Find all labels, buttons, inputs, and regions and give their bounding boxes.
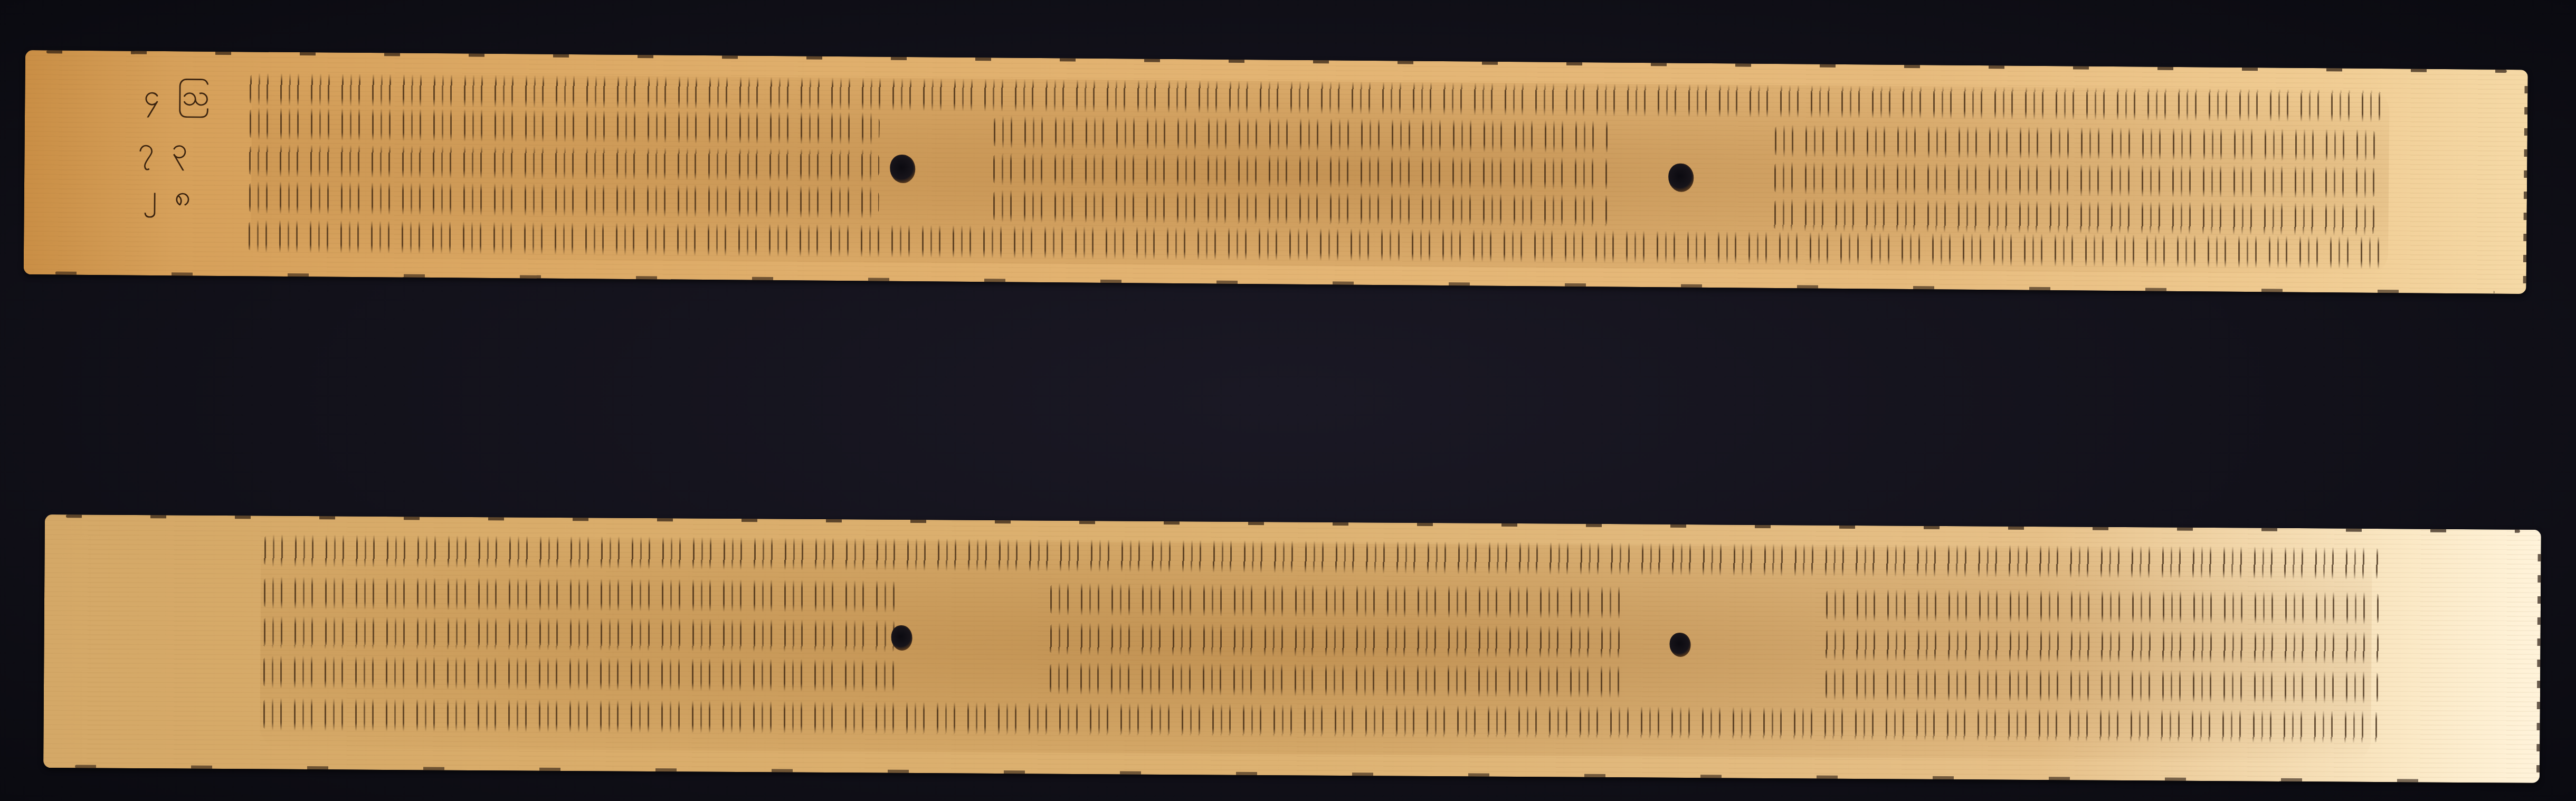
leaf-edge-wear	[75, 765, 2508, 783]
script-line-4-right: [Burmese script]	[1771, 198, 2378, 236]
script-ink	[990, 189, 1612, 227]
script-ink	[1771, 161, 2378, 199]
script-line-2-middle: [Burmese script]	[1047, 583, 1628, 619]
script-ink	[991, 116, 1613, 153]
leaf-edge-wear	[2536, 540, 2541, 773]
script-line-2-middle: [Burmese script]	[991, 116, 1613, 153]
script-ink	[990, 152, 1613, 190]
script-line-3-right: [Burmese script]	[1822, 628, 2382, 664]
script-line-2-left: [Burmese script]	[261, 577, 899, 613]
palm-leaf-bottom: [Burmese script line 1] [Burmese script]…	[43, 514, 2541, 783]
leaf-edge-wear	[55, 271, 2495, 293]
script-ink	[260, 616, 899, 653]
string-hole-right	[1668, 163, 1694, 192]
leaf-edge-wear	[2523, 80, 2528, 283]
script-line-4-left: [Burmese script]	[246, 181, 879, 218]
script-line-4-middle: [Burmese script]	[990, 189, 1612, 227]
script-line-4-left: [Burmese script]	[260, 655, 899, 692]
script-ink	[1771, 198, 2378, 236]
script-line-3-middle: [Burmese script]	[990, 152, 1613, 190]
leaf-edge-wear	[46, 50, 2507, 73]
palm-leaf-top: ၄ ဩ ၇ ၃ ၂ ၈ [Burmese script line 1] [Bur…	[24, 50, 2528, 294]
script-line-3-right: [Burmese script]	[1771, 161, 2378, 199]
script-line-4-right: [Burmese script]	[1822, 668, 2382, 704]
script-ink	[1822, 668, 2382, 704]
script-ink	[246, 107, 880, 145]
script-ink	[1047, 662, 1627, 699]
script-ink	[261, 577, 899, 613]
script-line-2-right: [Burmese script]	[1823, 589, 2382, 625]
script-ink	[1772, 125, 2379, 162]
script-ink	[1822, 628, 2382, 664]
script-ink	[1047, 623, 1627, 659]
script-ink	[1047, 583, 1628, 619]
script-ink	[246, 144, 879, 182]
string-hole-left	[890, 155, 915, 183]
script-ink	[260, 655, 899, 692]
script-ink	[246, 181, 879, 218]
string-hole-right	[1669, 633, 1690, 657]
script-line-4-middle: [Burmese script]	[1047, 662, 1627, 699]
script-line-3-left: [Burmese script]	[260, 616, 899, 653]
string-hole-left	[891, 625, 912, 651]
leaf-edge-wear	[66, 514, 2520, 532]
script-ink	[1823, 589, 2382, 625]
leaf-number-line-2: ၇ ၃	[138, 130, 192, 173]
leaf-number-line-3: ၂ ၈	[142, 178, 195, 220]
leaf-number-line-1: ၄ ဩ	[144, 78, 214, 120]
script-line-3-middle: [Burmese script]	[1047, 623, 1627, 659]
script-line-3-left: [Burmese script]	[246, 144, 879, 182]
script-line-2-left: [Burmese script]	[246, 107, 880, 145]
script-line-2-right: [Burmese script]	[1772, 125, 2379, 162]
